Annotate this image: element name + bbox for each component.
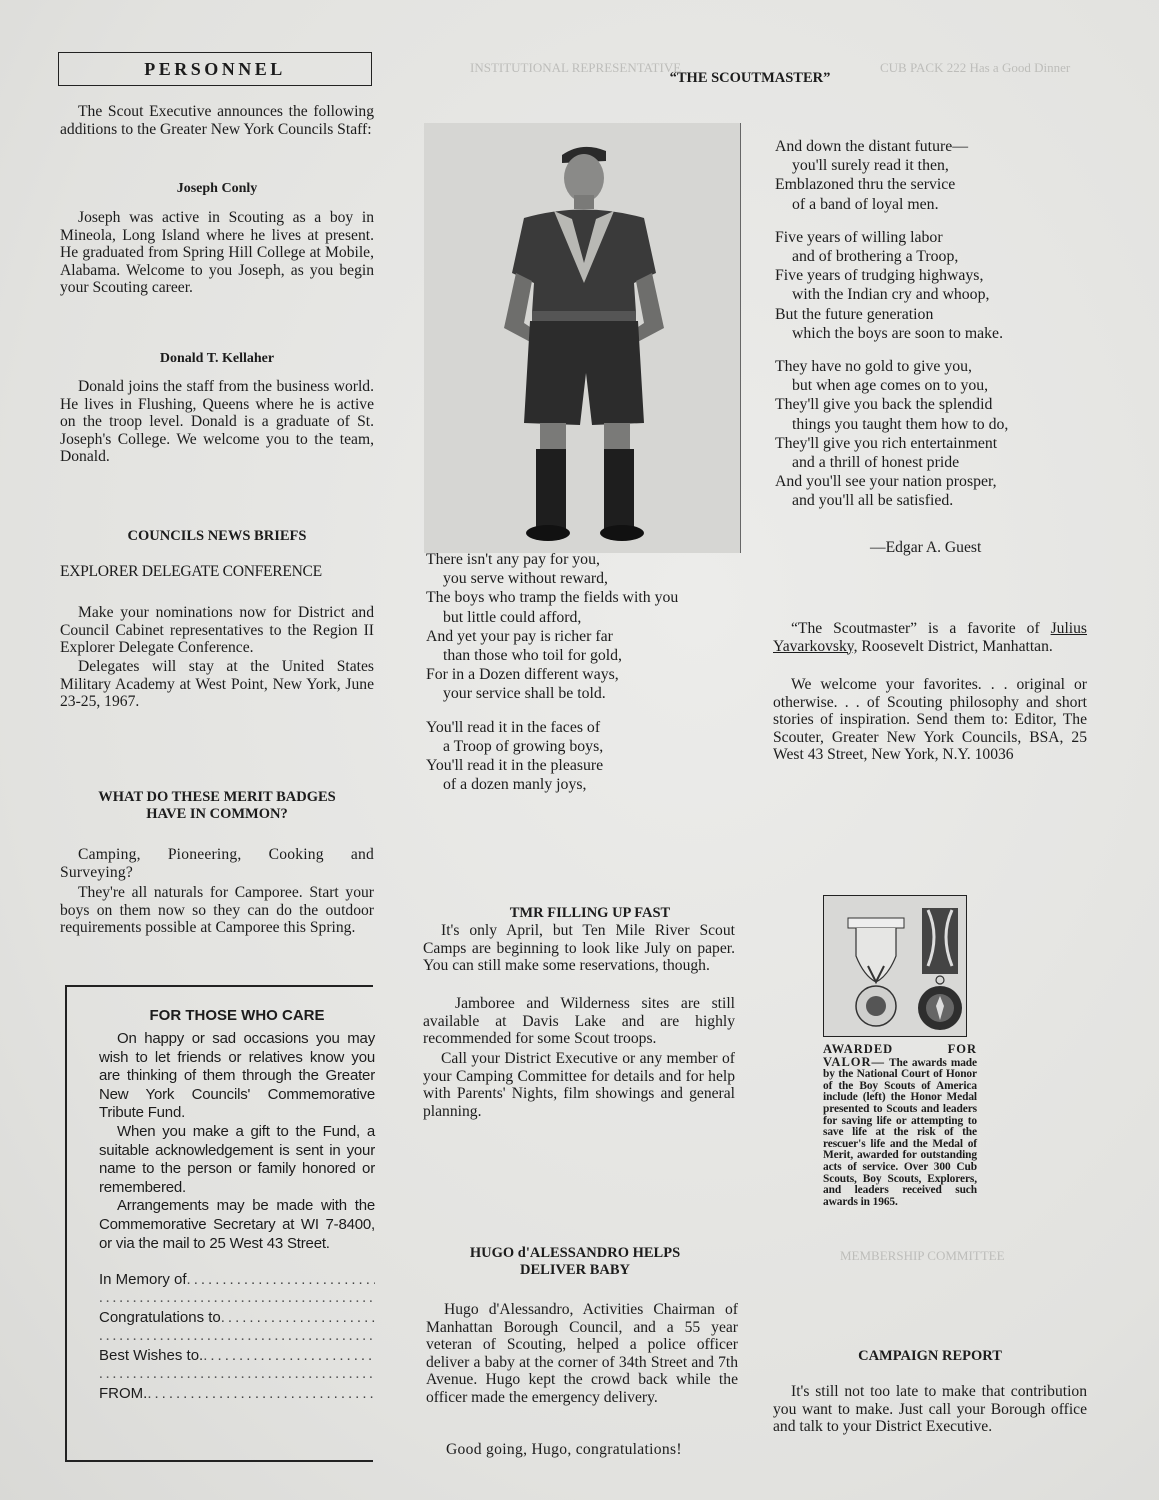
personnel-title: PERSONNEL (144, 59, 286, 80)
poem-stanza: And down the distant future—you'll surel… (775, 137, 1008, 214)
best-wishes-field[interactable]: Best Wishes to..........................… (99, 1347, 375, 1366)
bleed-through-text: CUB PACK 222 Has a Good Dinner (880, 60, 1070, 76)
poem-line: You'll read it in the faces of (426, 718, 678, 737)
poem-line: of a dozen manly joys, (426, 775, 678, 794)
medals-caption-body: The awards made by the National Court of… (823, 1057, 977, 1208)
poem-line: Five years of willing labor (775, 228, 1008, 247)
explorer-conference-subtitle: EXPLORER DELEGATE CONFERENCE (60, 563, 374, 581)
favorite-credit: “The Scoutmaster” is a favorite of Juliu… (773, 620, 1087, 655)
poem-title: “THE SCOUTMASTER” (600, 70, 900, 87)
poem-line: For in a Dozen different ways, (426, 665, 678, 684)
merit-badges-title: WHAT DO THESE MERIT BADGES HAVE IN COMMO… (60, 789, 374, 823)
poem-line: but when age comes on to you, (775, 376, 1008, 395)
scout-figure-image (424, 123, 740, 553)
poem-line: a Troop of growing boys, (426, 737, 678, 756)
poem-stanza: You'll read it in the faces ofa Troop of… (426, 718, 678, 795)
poem-author: —Edgar A. Guest (870, 539, 981, 557)
tmr-paragraph: Jamboree and Wilderness sites are still … (423, 995, 735, 1048)
poem-line: but little could afford, (426, 608, 678, 627)
poem-right-stanzas: And down the distant future—you'll surel… (775, 137, 1008, 525)
merit-badges-paragraph: They're all naturals for Camporee. Start… (60, 884, 374, 937)
dotted-line: ........................................… (99, 1290, 375, 1309)
poem-line: which the boys are soon to make. (775, 324, 1008, 343)
dotted-line: ........................................… (221, 1309, 375, 1328)
tmr-paragraph: Call your District Executive or any memb… (423, 1050, 735, 1120)
hugo-paragraph: Hugo d'Alessandro, Activities Chairman o… (426, 1301, 738, 1407)
person-bio-kellaher: Donald joins the staff from the business… (60, 378, 374, 466)
tribute-fund-paragraph: When you make a gift to the Fund, a suit… (99, 1123, 375, 1197)
dotted-line: ........................................… (147, 1385, 375, 1404)
poem-stanza: Five years of willing laborand of brothe… (775, 228, 1008, 343)
campaign-report-text: It's still not too late to make that con… (773, 1383, 1087, 1436)
favorites-invitation: We welcome your favorites. . . original … (773, 676, 1087, 764)
from-field[interactable]: FROM....................................… (99, 1385, 375, 1404)
poem-stanza: There isn't any pay for you,you serve wi… (426, 550, 678, 704)
poem-line: and of brothering a Troop, (775, 247, 1008, 266)
poem-line: But the future generation (775, 305, 1008, 324)
dotted-line: ........................................… (203, 1347, 375, 1366)
poem-line: you serve without reward, (426, 569, 678, 588)
poem-line: They have no gold to give you, (775, 357, 1008, 376)
poem-line: They'll give you rich entertainment (775, 434, 1008, 453)
tribute-fund-paragraph: On happy or sad occasions you may wish t… (99, 1030, 375, 1123)
merit-badges-paragraph: Camping, Pioneering, Cooking and Surveyi… (60, 846, 374, 881)
medal-icons-image (824, 896, 965, 1035)
tribute-fund-title: FOR THOSE WHO CARE (99, 1007, 375, 1024)
poem-line: and you'll all be satisfied. (775, 491, 1008, 510)
poem-line: of a band of loyal men. (775, 195, 1008, 214)
person-name-kellaher: Donald T. Kellaher (60, 350, 374, 367)
newsletter-page: INSTITUTIONAL REPRESENTATIVE CUB PACK 22… (0, 0, 1159, 1500)
poem-line: There isn't any pay for you, (426, 550, 678, 569)
hugo-title: HUGO d'ALESSANDRO HELPS DELIVER BABY (410, 1245, 740, 1279)
poem-line: You'll read it in the pleasure (426, 756, 678, 775)
scoutmaster-photo (424, 123, 741, 553)
dotted-line: ........................................… (99, 1328, 375, 1347)
tmr-title: TMR FILLING UP FAST (410, 905, 770, 922)
congratulations-field[interactable]: Congratulations to .....................… (99, 1309, 375, 1328)
person-name-conly: Joseph Conly (60, 180, 374, 197)
poem-line: with the Indian cry and whoop, (775, 285, 1008, 304)
personnel-intro: The Scout Executive announces the follow… (60, 103, 374, 138)
poem-line: And you'll see your nation prosper, (775, 472, 1008, 491)
tribute-fund-paragraph: Arrangements may be made with the Commem… (99, 1197, 375, 1253)
news-briefs-title: COUNCILS NEWS BRIEFS (60, 528, 374, 545)
poem-line: your service shall be told. (426, 684, 678, 703)
person-bio-conly: Joseph was active in Scouting as a boy i… (60, 209, 374, 297)
poem-line: and a thrill of honest pride (775, 453, 1008, 472)
poem-stanza: They have no gold to give you,but when a… (775, 357, 1008, 511)
hugo-paragraph: Good going, Hugo, congratulations! (426, 1441, 738, 1459)
personnel-header-box: PERSONNEL (58, 52, 372, 86)
tribute-fund-box: FOR THOSE WHO CARE On happy or sad occas… (65, 985, 373, 1462)
dotted-line: ........................................… (99, 1366, 375, 1385)
poem-line: They'll give you back the splendid (775, 395, 1008, 414)
news-brief-paragraph: Make your nominations now for District a… (60, 604, 374, 657)
medals-caption: AWARDED FOR VALOR— The awards made by th… (823, 1044, 977, 1208)
poem-line: you'll surely read it then, (775, 156, 1008, 175)
medals-photo (823, 895, 967, 1037)
dotted-line: ........................................… (187, 1271, 375, 1290)
tmr-paragraph: It's only April, but Ten Mile River Scou… (423, 922, 735, 975)
news-brief-paragraph: Delegates will stay at the United States… (60, 658, 374, 711)
poem-line: Five years of trudging highways, (775, 266, 1008, 285)
poem-line: Emblazoned thru the service (775, 175, 1008, 194)
poem-line: than those who toil for gold, (426, 646, 678, 665)
campaign-report-title: CAMPAIGN REPORT (775, 1348, 1085, 1365)
poem-line: And yet your pay is richer far (426, 627, 678, 646)
poem-center-stanzas: There isn't any pay for you,you serve wi… (426, 550, 678, 808)
in-memory-field[interactable]: In Memory of ...........................… (99, 1271, 375, 1290)
poem-line: The boys who tramp the fields with you (426, 588, 678, 607)
poem-line: things you taught them how to do, (775, 415, 1008, 434)
bleed-through-text: MEMBERSHIP COMMITTEE (840, 1248, 1005, 1264)
poem-line: And down the distant future— (775, 137, 1008, 156)
